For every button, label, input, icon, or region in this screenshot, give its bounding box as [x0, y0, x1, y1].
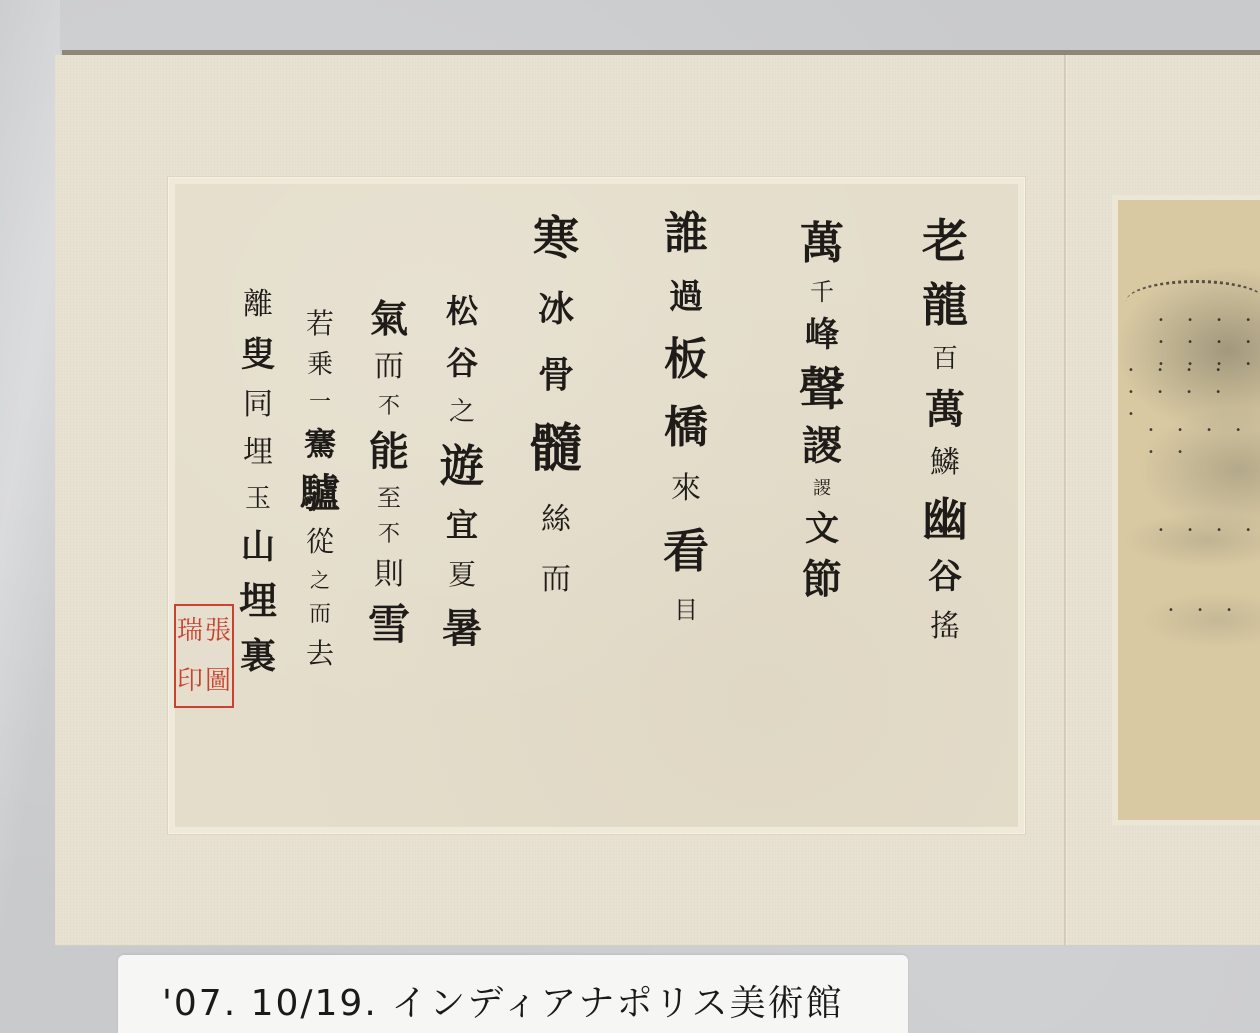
seal-char: 圖: [205, 668, 231, 694]
album-fold-highlight: [1066, 55, 1067, 945]
calligraphy-character: 髓: [530, 423, 582, 475]
tissue-paper-background: [0, 0, 60, 1033]
calligraphy-character: 而: [309, 604, 331, 626]
painting-leaf: • • • • • • • • • • • • • • • • • • • • …: [1112, 195, 1260, 825]
calligraphy-character: 而: [374, 352, 404, 382]
calligraphy-character: 不: [378, 396, 400, 418]
calligraphy-character: 誰: [664, 212, 708, 256]
calligraphy-column: 老龍百萬鱗幽谷搖: [917, 218, 973, 642]
calligraphy-character: 埋: [243, 438, 273, 468]
calligraphy-character: 玉: [245, 486, 271, 512]
moss-dots: • • • • • •: [1148, 420, 1260, 464]
calligraphy-character: 則: [374, 560, 404, 590]
calligraphy-character: 從: [306, 528, 334, 556]
calligraphy-character: 幽: [922, 496, 968, 542]
calligraphy-column: 寒冰骨髓絲而: [528, 215, 584, 595]
seal-char: 印: [177, 668, 203, 694]
calligraphy-column: 若乗一騫驢從之而去: [292, 310, 348, 668]
red-artist-seal: 瑞 張 印 圖: [174, 604, 234, 708]
calligraphy-character: 去: [306, 640, 334, 668]
calligraphy-character: 鱗: [930, 448, 960, 478]
calligraphy-character: 謖: [813, 480, 831, 498]
calligraphy-character: 驢: [300, 474, 340, 514]
calligraphy-column: 松谷之遊宜夏暑: [434, 295, 490, 649]
calligraphy-character: 不: [378, 524, 400, 546]
calligraphy-character: 龍: [922, 282, 968, 328]
calligraphy-column: 萬千峰聲謖謖文節: [794, 222, 850, 600]
seal-char: 張: [205, 618, 231, 644]
calligraphy-character: 千: [810, 280, 834, 304]
calligraphy-character: 聲: [799, 366, 845, 412]
calligraphy-character: 峰: [805, 318, 839, 352]
calligraphy-character: 叟: [241, 338, 275, 372]
calligraphy-character: 雪: [368, 604, 410, 646]
calligraphy-character: 萬: [800, 222, 844, 266]
calligraphy-character: 老: [922, 218, 968, 264]
calligraphy-character: 谷: [928, 560, 962, 594]
museum-label-card: '07. 10/19. インディアナポリス美術館: [118, 955, 908, 1033]
calligraphy-character: 若: [306, 310, 334, 338]
calligraphy-character: 文: [805, 512, 839, 546]
calligraphy-character: 寒: [533, 215, 579, 261]
calligraphy-character: 夏: [448, 561, 476, 589]
calligraphy-character: 埋: [239, 582, 277, 620]
calligraphy-character: 山: [241, 530, 275, 564]
calligraphy-character: 百: [932, 346, 958, 372]
calligraphy-column: 誰過板橋來看目: [658, 212, 714, 622]
calligraphy-character: 來: [671, 474, 701, 504]
calligraphy-character: 遊: [440, 445, 484, 489]
calligraphy-character: 同: [243, 390, 273, 420]
calligraphy-character: 至: [377, 486, 401, 510]
calligraphy-character: 騫: [304, 428, 336, 460]
calligraphy-character: 搖: [930, 612, 960, 642]
calligraphy-character: 板: [664, 338, 708, 382]
calligraphy-character: 看: [663, 528, 709, 574]
calligraphy-character: 乗: [307, 352, 333, 378]
calligraphy-character: 裏: [240, 638, 276, 674]
calligraphy-character: 一: [309, 392, 331, 414]
calligraphy-column: 氣而不能至不則雪: [361, 300, 417, 646]
seal-char: 瑞: [177, 618, 203, 644]
calligraphy-character: 能: [369, 432, 409, 472]
calligraphy-character: 離: [243, 290, 273, 320]
landscape-painting: • • • • • • • • • • • • • • • • • • • • …: [1118, 200, 1260, 820]
calligraphy-character: 而: [541, 565, 571, 595]
calligraphy-character: 之: [449, 399, 475, 425]
calligraphy-character: 萬: [925, 390, 965, 430]
label-handwritten-text: '07. 10/19. インディアナポリス美術館: [162, 975, 844, 1026]
moss-dots: • • •: [1168, 600, 1260, 622]
moss-dots: • • • •: [1158, 520, 1260, 542]
calligraphy-character: 宜: [446, 509, 478, 541]
calligraphy-character: 氣: [370, 300, 408, 338]
calligraphy-character: 目: [674, 598, 698, 622]
calligraphy-character: 絲: [541, 505, 571, 535]
calligraphy-column: 離叟同埋玉山埋裏: [230, 290, 286, 674]
calligraphy-character: 過: [669, 280, 703, 314]
calligraphy-character: 暑: [442, 609, 482, 649]
calligraphy-character: 節: [802, 560, 842, 600]
calligraphy-character: 之: [310, 570, 330, 590]
calligraphy-character: 松: [446, 295, 478, 327]
calligraphy-character: 谷: [446, 347, 478, 379]
calligraphy-character: 骨: [538, 357, 574, 393]
calligraphy-character: 謖: [802, 426, 842, 466]
calligraphy-character: 冰: [538, 291, 574, 327]
calligraphy-character: 橋: [664, 406, 708, 450]
moss-dots: • • • • • • • • •: [1128, 360, 1258, 426]
